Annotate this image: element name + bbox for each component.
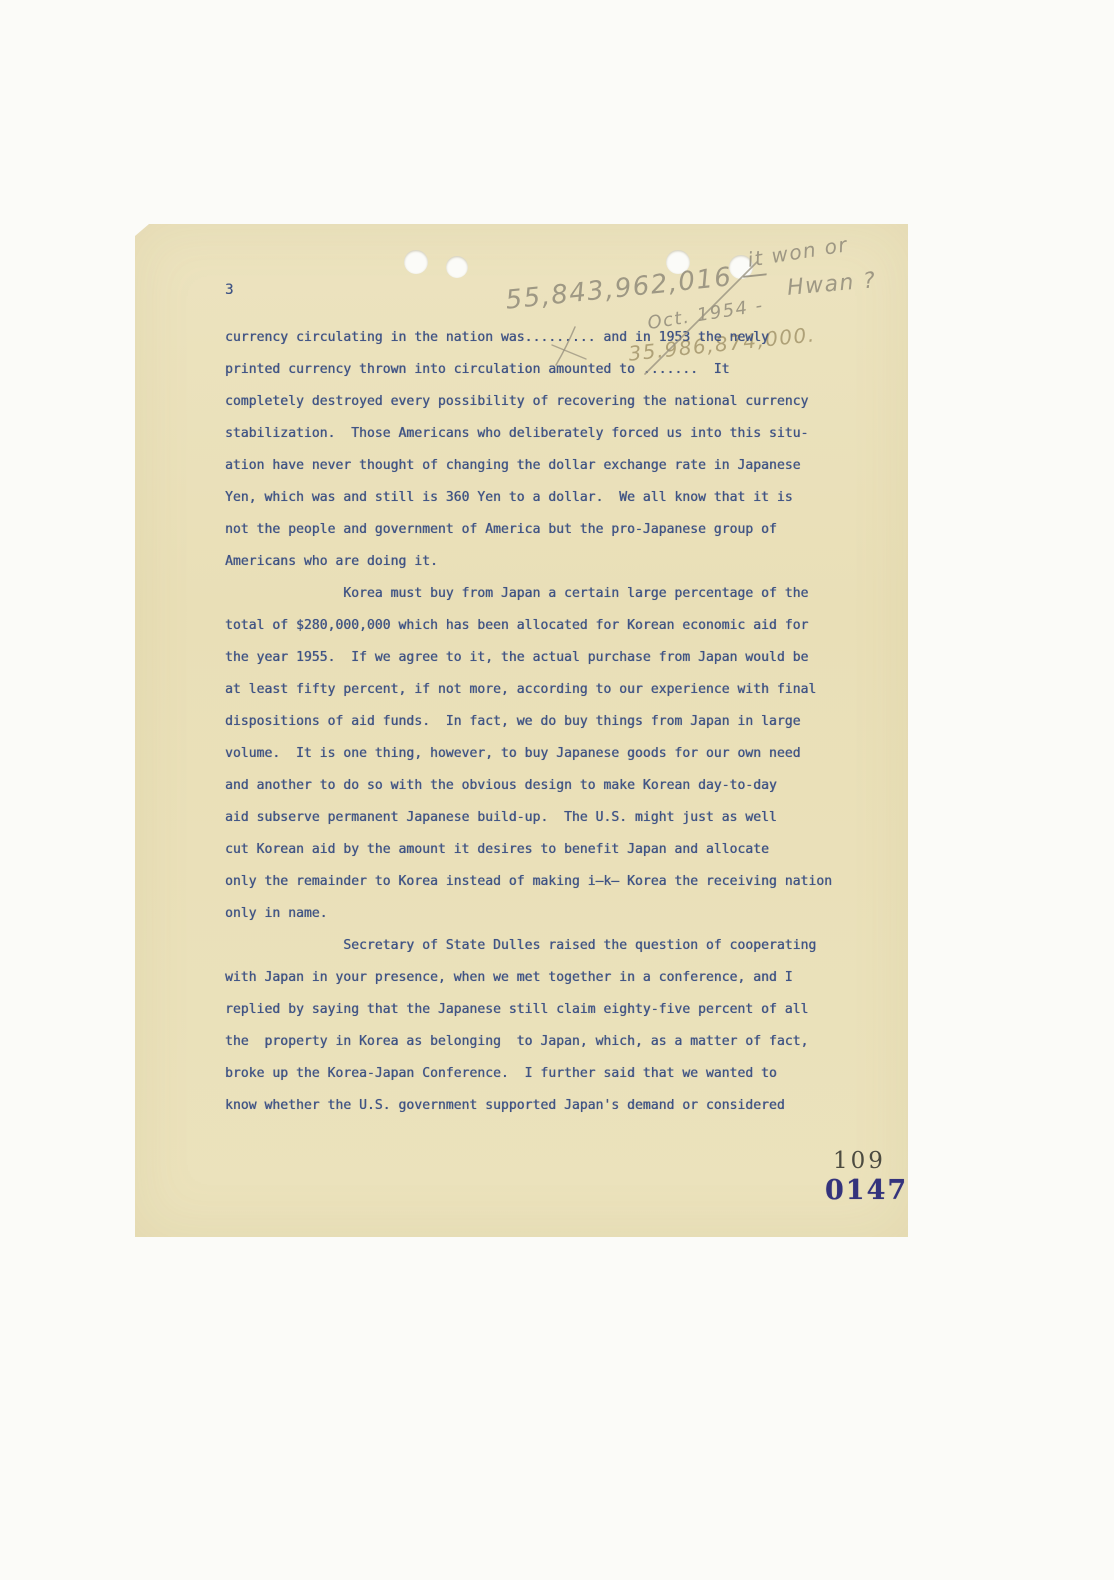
typed-line: replied by saying that the Japanese stil… [225,994,855,1026]
document-page: 3 it won or Hwan ? 55,843,962,016 — Oct.… [135,224,908,1237]
typed-line: total of $280,000,000 which has been all… [225,610,855,642]
typed-line: with Japan in your presence, when we met… [225,962,855,994]
typed-line: know whether the U.S. government support… [225,1090,855,1122]
typed-line: Secretary of State Dulles raised the que… [225,930,855,962]
typed-line: and another to do so with the obvious de… [225,770,855,802]
typed-line: dispositions of aid funds. In fact, we d… [225,706,855,738]
typed-line: stabilization. Those Americans who delib… [225,418,855,450]
typed-text-block: currency circulating in the nation was..… [225,322,855,1122]
typed-line: not the people and government of America… [225,514,855,546]
page-number: 3 [225,282,233,298]
folio-number-stamp: 0147 [825,1175,908,1206]
handwritten-note-currency-line2: Hwan ? [786,268,877,301]
punch-hole [446,256,468,278]
typed-line: aid subserve permanent Japanese build-up… [225,802,855,834]
typed-line: only in name. [225,898,855,930]
typed-line: the year 1955. If we agree to it, the ac… [225,642,855,674]
typed-line: Korea must buy from Japan a certain larg… [225,578,855,610]
typed-line: volume. It is one thing, however, to buy… [225,738,855,770]
typed-line: ation have never thought of changing the… [225,450,855,482]
typed-line: at least fifty percent, if not more, acc… [225,674,855,706]
typed-line: only the remainder to Korea instead of m… [225,866,855,898]
typed-line: Yen, which was and still is 360 Yen to a… [225,482,855,514]
typed-line: the property in Korea as belonging to Ja… [225,1026,855,1058]
typed-line: completely destroyed every possibility o… [225,386,855,418]
typed-line: currency circulating in the nation was..… [225,322,855,354]
archive-number-stamp: 109 [833,1148,886,1174]
typed-line: cut Korean aid by the amount it desires … [225,834,855,866]
typed-line: broke up the Korea-Japan Conference. I f… [225,1058,855,1090]
punch-hole [404,250,428,274]
typed-line: Americans who are doing it. [225,546,855,578]
typed-line: printed currency thrown into circulation… [225,354,855,386]
scan-background: 3 it won or Hwan ? 55,843,962,016 — Oct.… [0,0,1114,1580]
